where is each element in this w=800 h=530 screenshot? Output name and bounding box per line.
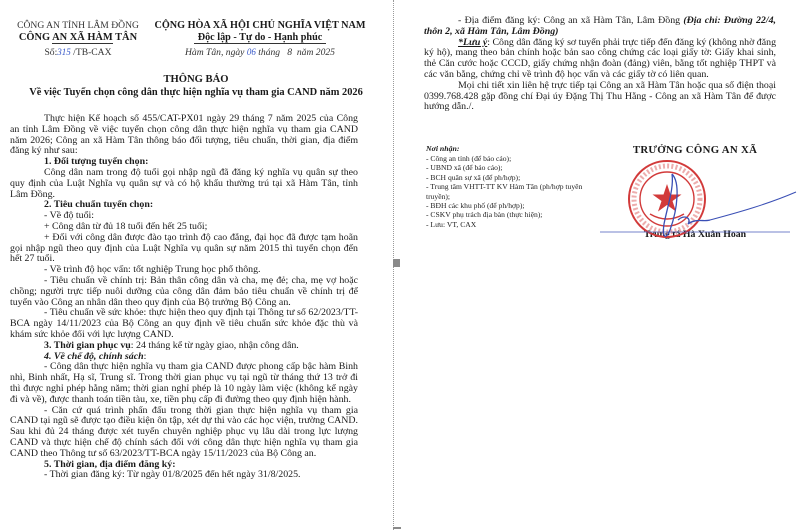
signer-title: TRƯỞNG CÔNG AN XÃ (610, 144, 780, 156)
registration-place: - Địa điểm đăng ký: Công an xã Hàm Tân, … (424, 16, 776, 38)
note-paragraph: *Lưu ý: Công dân đăng ký sơ tuyển phải t… (424, 38, 776, 81)
motto: Độc lập - Tự do - Hạnh phúc (150, 32, 370, 44)
place-date: Hàm Tân, ngày 06 tháng 8 năm 2025 (150, 46, 370, 59)
recipient-item: - Trung tâm VHTT-TT KV Hàm Tân (ph/hợp t… (426, 182, 606, 201)
section-1-text: Công dân nam trong độ tuổi gọi nhập ngũ … (10, 168, 358, 200)
body-right: - Địa điểm đăng ký: Công an xã Hàm Tân, … (424, 16, 776, 113)
recipient-item: - CSKV phụ trách địa bàn (thực hiện); (426, 210, 606, 219)
recipient-item: - BĐH các khu phố (để ph/hợp); (426, 201, 606, 210)
body-left: Thực hiện Kế hoạch số 455/CAT-PX01 ngày … (10, 114, 358, 481)
section-4-para-1: - Công dân thực hiện nghĩa vụ tham gia C… (10, 362, 358, 405)
document-title: THÔNG BÁO (0, 73, 392, 86)
recipient-item: - Công an tỉnh (để báo cáo); (426, 154, 606, 163)
political-criterion: - Tiêu chuẩn về chính trị: Bản thân công… (10, 276, 358, 308)
recipient-item: - UBND xã (để báo cáo); (426, 163, 606, 172)
document-subtitle: Về việc Tuyển chọn công dân thực hiện ng… (0, 86, 392, 99)
recipients-block: Nơi nhận: - Công an tỉnh (để báo cáo); -… (426, 144, 606, 229)
health-criterion: - Tiêu chuẩn về sức khỏe: thực hiện theo… (10, 308, 358, 340)
agency-header: CÔNG AN TỈNH LÂM ĐỒNG CÔNG AN XÃ HÀM TÂN… (8, 20, 148, 59)
divider-foot-marker (393, 527, 401, 529)
issuing-agency: CÔNG AN XÃ HÀM TÂN (8, 32, 148, 44)
age-criterion-b: + Đối với công dân được đào tạo trình độ… (10, 233, 358, 265)
section-4-para-2: - Căn cứ quá trình phấn đấu trong thời g… (10, 406, 358, 460)
divider-marker (393, 259, 400, 267)
document-page-1: CÔNG AN TỈNH LÂM ĐỒNG CÔNG AN XÃ HÀM TÂN… (0, 0, 392, 530)
intro-paragraph: Thực hiện Kế hoạch số 455/CAT-PX01 ngày … (10, 114, 358, 157)
recipient-item: - Lưu: VT, CAX (426, 220, 606, 229)
registration-time: - Thời gian đăng ký: Từ ngày 01/8/2025 đ… (10, 470, 358, 481)
recipients-label: Nơi nhận: (426, 144, 606, 154)
recipient-item: - BCH quân sự xã (để ph/hợp); (426, 173, 606, 182)
contact-paragraph: Mọi chi tiết xin liên hệ trực tiếp tại C… (424, 81, 776, 113)
signature-icon (600, 168, 800, 248)
nation-name: CỘNG HÒA XÃ HỘI CHỦ NGHĨA VIỆT NAM (150, 20, 370, 32)
signature-block: TRƯỞNG CÔNG AN XÃ Trung tá Hà Xuân Hoan (610, 144, 780, 156)
title-block: THÔNG BÁO Về việc Tuyển chọn công dân th… (0, 73, 392, 99)
document-page-2: - Địa điểm đăng ký: Công an xã Hàm Tân, … (402, 0, 800, 530)
national-header: CỘNG HÒA XÃ HỘI CHỦ NGHĨA VIỆT NAM Độc l… (150, 20, 370, 59)
document-number: Số:315 /TB-CAX (8, 46, 148, 59)
parent-agency: CÔNG AN TỈNH LÂM ĐỒNG (8, 20, 148, 32)
